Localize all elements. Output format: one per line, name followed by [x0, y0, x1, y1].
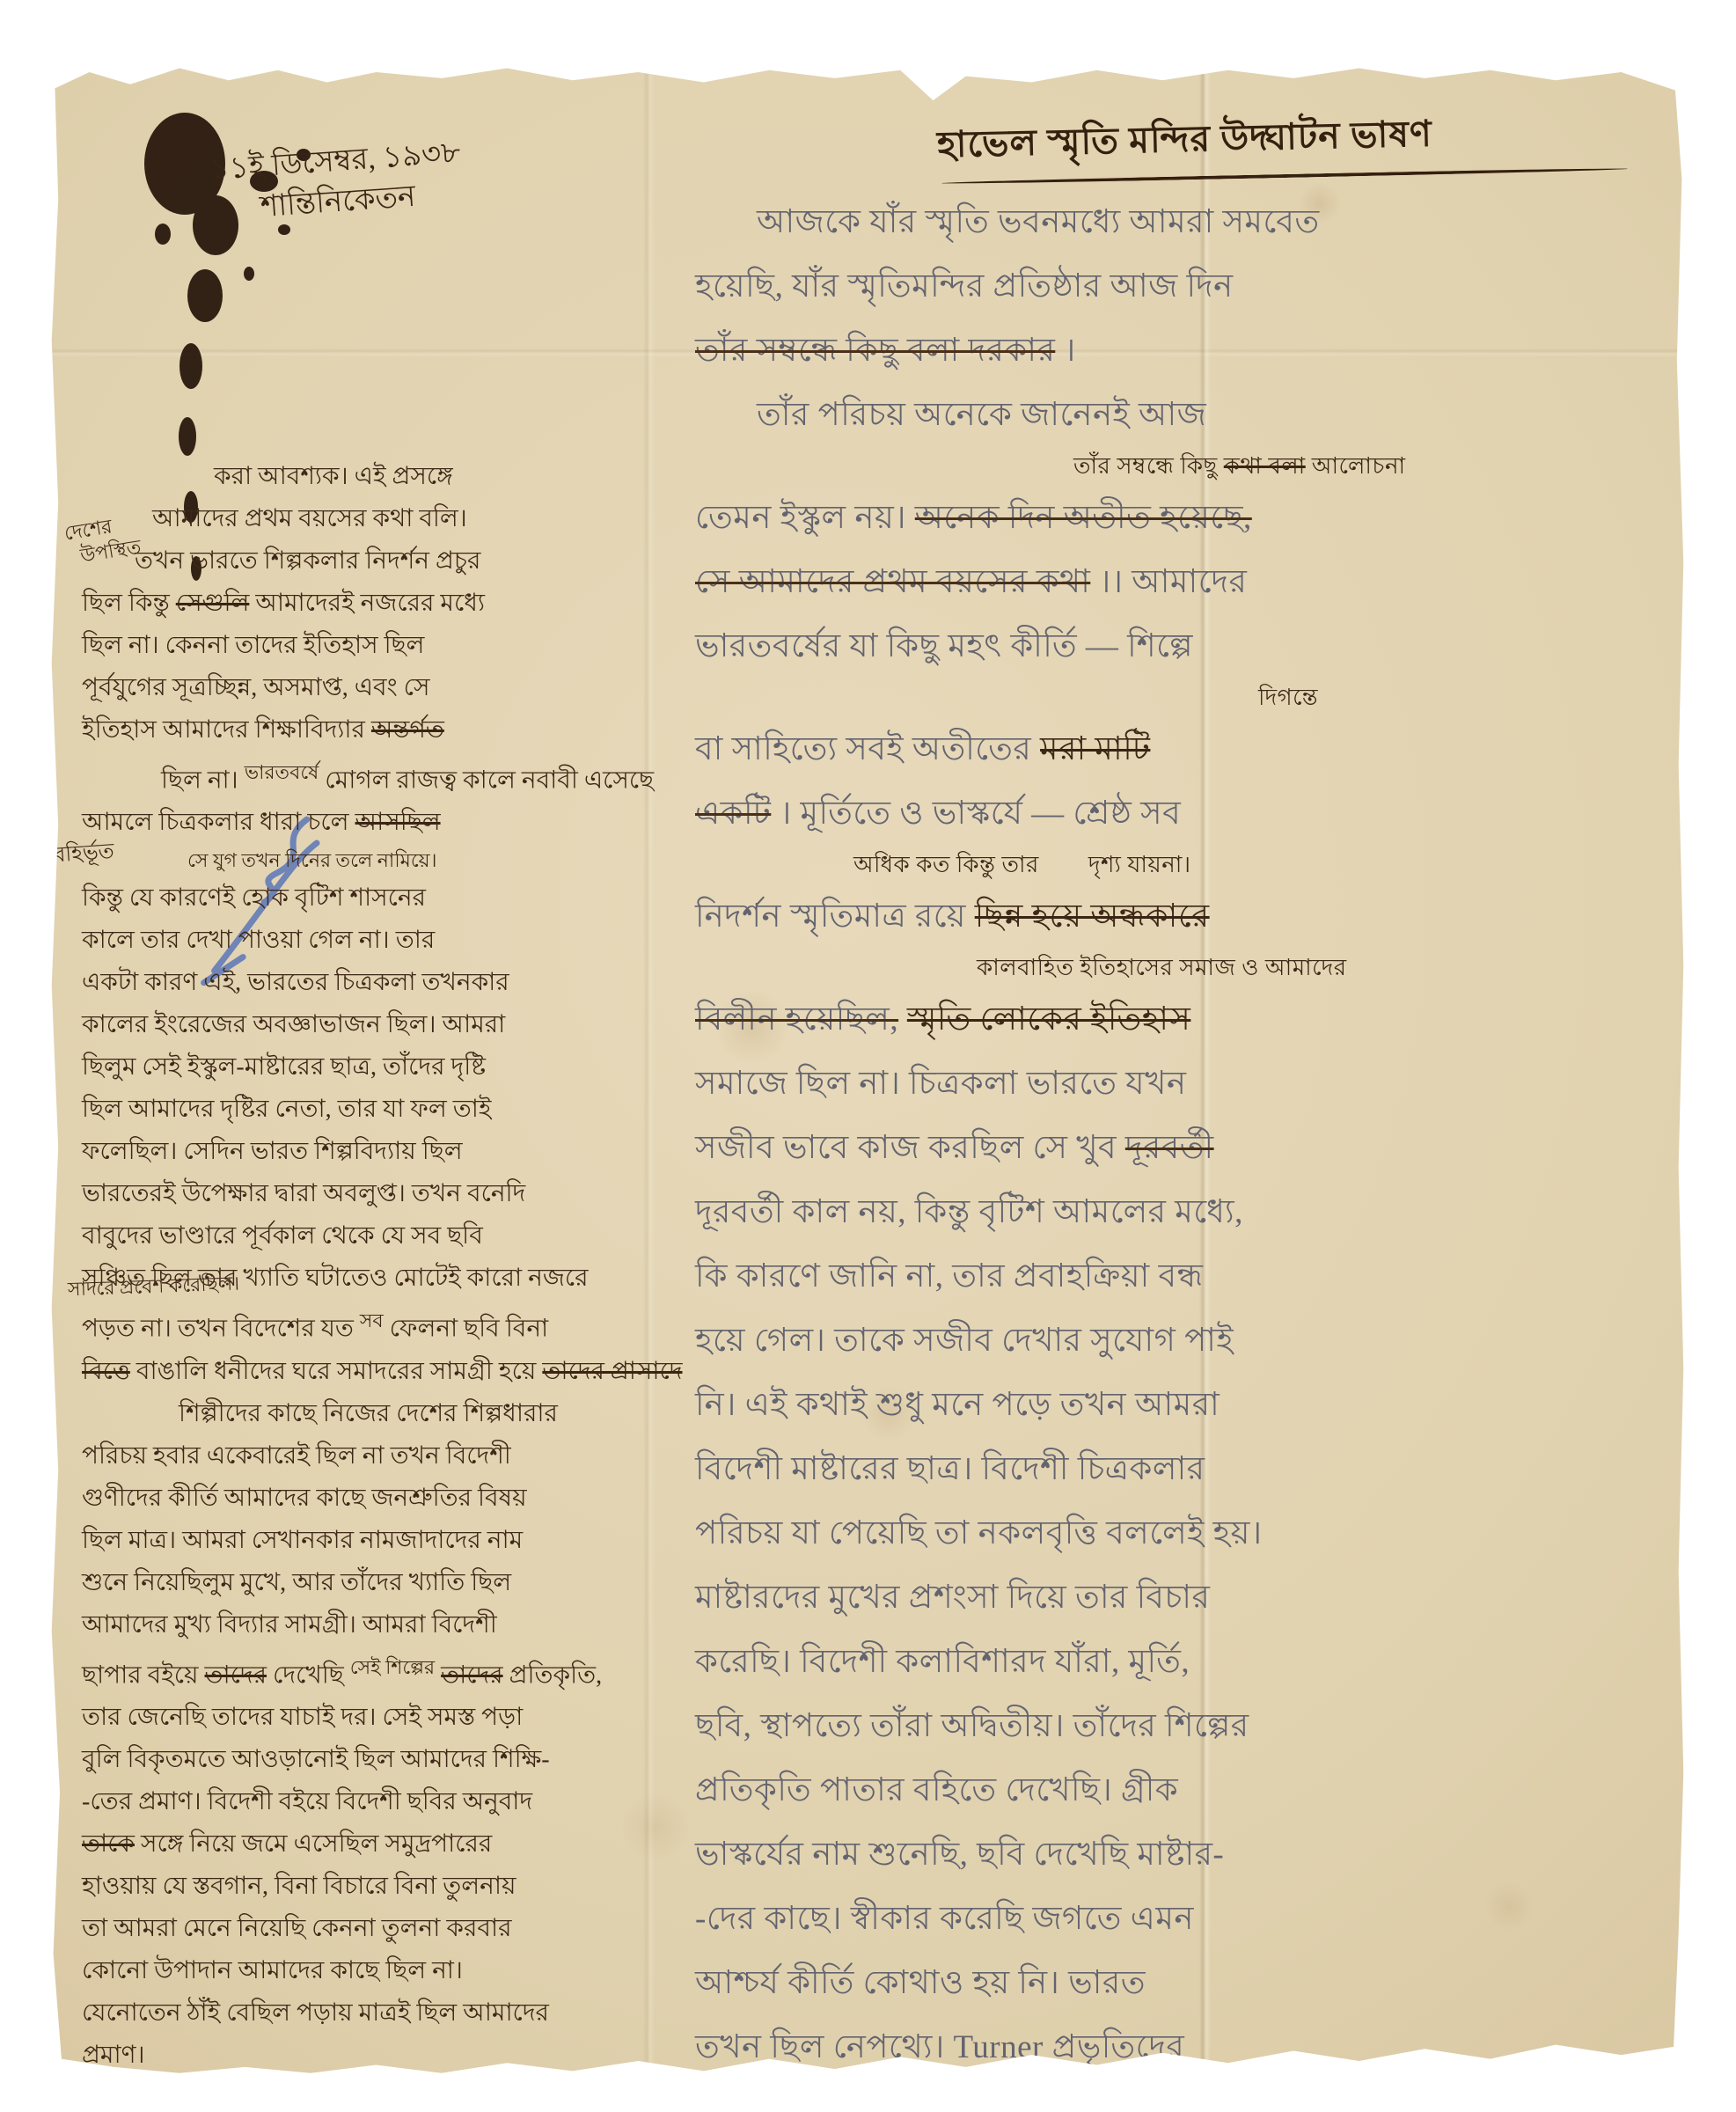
handwritten-text: নি। এই কথাই শুধু মনে পড়ে তখন আমরা: [695, 1387, 1220, 1423]
handwritten-text: শুনে নিয়েছিলুম মুখে, আর তাঁদের খ্যাতি ছ…: [82, 1569, 511, 1596]
handwritten-text: [1045, 852, 1082, 877]
manuscript-line: বিলীন হয়েছিল, স্মৃতি লোকের ইতিহাস: [695, 987, 1707, 1052]
handwritten-text: গুণীদের কীর্তি আমাদের কাছে জনশ্রুতির বিষ…: [82, 1485, 527, 1512]
manuscript-line: মাষ্টারদের মুখের প্রশংসা দিয়ে তার বিচার: [695, 1566, 1707, 1630]
handwritten-text: শিল্পীদের কাছে নিজের দেশের শিল্পধারার: [179, 1400, 558, 1427]
manuscript-line: বাবুদের ভাণ্ডারে পূর্বকাল থেকে যে সব ছবি: [82, 1215, 698, 1258]
handwritten-text: ছিল আমাদের দৃষ্টির নেতা, তার যা ফল তাই: [82, 1096, 491, 1123]
manuscript-line: যেনোতেন ঠাঁই বেছিল পড়ায় মাত্রই ছিল আমা…: [82, 1992, 698, 2035]
handwritten-text: হয়েছি, যাঁর স্মৃতিমন্দির প্রতিষ্ঠার আজ …: [695, 268, 1234, 304]
handwritten-text: কি কারণে জানি না, তার প্রবাহক্রিয়া বন্ধ: [695, 1258, 1203, 1294]
manuscript-line: প্রমাণ।: [82, 2035, 698, 2077]
manuscript-line: করা আবশ্যক। এই প্রসঙ্গে: [82, 456, 698, 498]
handwritten-text: হাওয়ায় যে স্তবগান, বিনা বিচারে বিনা তু…: [82, 1873, 516, 1900]
handwritten-text: প্রতিকৃতি,: [509, 1661, 603, 1689]
manuscript-line: তাঁর পরিচয় অনেকে জানেনই আজ: [695, 383, 1707, 447]
manuscript-line: শিল্পীদের কাছে নিজের দেশের শিল্পধারার: [82, 1393, 698, 1435]
manuscript-line: হাওয়ায় যে স্তবগান, বিনা বিচারে বিনা তু…: [82, 1866, 698, 1908]
handwritten-text: পরিচয় যা পেয়েছি তা নকলবৃত্তি বললেই হয়…: [695, 1515, 1263, 1551]
handwritten-text: তা আমরা মেনে নিয়েছি কেননা তুলনা করবার: [82, 1915, 511, 1942]
handwritten-text: ছাপার বইয়ে: [82, 1661, 199, 1689]
handwritten-text: আমাদের মুখ্য বিদ্যার সামগ্রী। আমরা বিদেশ…: [82, 1611, 497, 1639]
struck-text: তাঁর সম্বন্ধে কিছু বলা দরকার: [695, 333, 1055, 369]
struck-text: সে আমাদের প্রথম বয়সের কথা: [695, 564, 1090, 600]
manuscript-line: একটা কারণ এই, ভারতের চিত্রকলা তখনকার: [82, 962, 698, 1004]
struck-text: কথা বলা: [1224, 453, 1306, 479]
manuscript-line: কোনো উপাদান আমাদের কাছে ছিল না।: [82, 1950, 698, 1992]
manuscript-line: আমাদের প্রথম বয়সের কথা বলি।: [82, 498, 698, 540]
handwritten-text: হয়ে গেল। তাকে সজীব দেখার সুযোগ পাই: [695, 1323, 1234, 1359]
manuscript-line: বিদেশী মাষ্টারের ছাত্র। বিদেশী চিত্রকলার: [695, 1437, 1707, 1501]
handwritten-text: ছিল কিন্তু: [82, 590, 170, 617]
manuscript-line: তেমন ইস্কুল নয়। অনেক দিন অতীত হয়েছে,: [695, 486, 1707, 550]
handwritten-text: দেখেছি: [273, 1661, 344, 1689]
manuscript-line: প্রতিকৃতি পাতার বহিতে দেখেছি। গ্রীক: [695, 1758, 1707, 1822]
manuscript-line: তার জেনেছি তাদের যাচাই দর। সেই সমস্ত পড়…: [82, 1697, 698, 1739]
handwritten-text: তখন ছিল নেপথ্যে। Turner প্রভৃতিদের: [695, 2029, 1184, 2065]
manuscript-line: বুলি বিকৃতমতে আওড়ানোই ছিল আমাদের শিক্ষি…: [82, 1739, 698, 1781]
handwritten-text: দৃশ্য যায়না।: [1088, 852, 1191, 877]
struck-text: ছিন্ন হয়ে অন্ধকারে: [975, 898, 1210, 935]
handwritten-text: ।: [1064, 333, 1076, 369]
handwritten-text: ইতিহাস আমাদের শিক্ষাবিদ্যার: [82, 716, 365, 744]
handwritten-text: পড়ত না। তখন বিদেশের যত: [82, 1316, 354, 1343]
handwritten-text: ভারতেরই উপেক্ষার দ্বারা অবলুপ্ত। তখন বনে…: [82, 1180, 525, 1207]
struck-text: একটি: [695, 796, 771, 832]
manuscript-line: হয়ে গেল। তাকে সজীব দেখার সুযোগ পাই: [695, 1309, 1707, 1373]
manuscript-line: ছবি, স্থাপত্যে তাঁরা অদ্বিতীয়। তাঁদের শ…: [695, 1694, 1707, 1758]
manuscript-line: আজকে যাঁর স্মৃতি ভবনমধ্যে আমরা সমবেত: [695, 190, 1707, 254]
handwritten-text: ছিলুম সেই ইস্কুল-মাষ্টারের ছাত্র, তাঁদের…: [82, 1053, 486, 1081]
manuscript-line: তাঁর সম্বন্ধে কিছু কথা বলা আলোচনা: [695, 447, 1707, 486]
manuscript-line: তাকে সঙ্গে নিয়ে জমে এসেছিল সমুদ্রপারের: [82, 1823, 698, 1866]
manuscript-line: তাঁর সম্বন্ধে কিছু বলা দরকার ।: [695, 319, 1707, 383]
handwritten-text: দিগন্তে: [1258, 685, 1318, 710]
manuscript-line: দিগন্তে: [695, 678, 1707, 717]
manuscript-line: আমলে চিত্রকলার ধারা চলে আসছিল: [82, 802, 698, 844]
handwritten-text: আলোচনা: [1312, 453, 1406, 479]
struck-text: মরা মাটি: [1040, 731, 1150, 767]
manuscript-line: কালের ইংরেজের অবজ্ঞাভাজন ছিল। আমরা: [82, 1004, 698, 1046]
handwritten-text: ভারতবর্ষের যা কিছু মহৎ কীর্তি — শিল্পে: [695, 628, 1193, 664]
handwritten-text: ছবি, স্থাপত্যে তাঁরা অদ্বিতীয়। তাঁদের শ…: [695, 1708, 1249, 1744]
manuscript-line: -তের প্রমাণ। বিদেশী বইয়ে বিদেশী ছবির অন…: [82, 1781, 698, 1823]
manuscript-line: সমাজে ছিল না। চিত্রকলা ভারতে যখন: [695, 1052, 1707, 1116]
manuscript-line: সঞ্চিত ছিল তার খ্যাতি ঘটাতেও মোটেই কারো …: [82, 1258, 698, 1300]
handwritten-text: অধিক কত কিন্তু তার: [853, 852, 1039, 877]
struck-text: তাদের: [441, 1661, 503, 1689]
handwritten-text: পরিচয় হবার একেবারেই ছিল না তখন বিদেশী: [82, 1442, 511, 1470]
handwritten-text: সমাজে ছিল না। চিত্রকলা ভারতে যখন: [695, 1066, 1186, 1102]
handwritten-text: করেছি। বিদেশী কলাবিশারদ যাঁরা, মূর্তি,: [695, 1644, 1190, 1680]
handwritten-text: সঙ্গে নিয়ে জমে এসেছিল সমুদ্রপারের: [141, 1830, 492, 1858]
handwritten-text: বাবুদের ভাণ্ডারে পূর্বকাল থেকে যে সব ছবি: [82, 1222, 483, 1250]
handwritten-text: আজকে যাঁর স্মৃতি ভবনমধ্যে আমরা সমবেত: [757, 204, 1320, 240]
handwritten-text: । মূর্তিতে ও ভাস্কর্যে — শ্রেষ্ঠ সব: [780, 796, 1181, 832]
struck-text: অন্তর্গত: [371, 716, 444, 744]
handwritten-text: তখন ভারতে শিল্পকলার নিদর্শন প্রচুর: [135, 547, 480, 575]
struck-text: তাকে: [82, 1830, 135, 1858]
handwritten-text: সে যুগ তখন দিনের তলে নামিয়ে।: [187, 849, 437, 871]
handwritten-text: বিদেশী মাষ্টারের ছাত্র। বিদেশী চিত্রকলার: [695, 1451, 1205, 1487]
manuscript-line: ভারতবর্ষের যা কিছু মহৎ কীর্তি — শিল্পে: [695, 614, 1707, 678]
handwritten-text: মোগল রাজত্ব কালে নবাবী এসেছে: [325, 766, 654, 794]
handwritten-text: বাঙালি ধনীদের ঘরে সমাদরের সামগ্রী হয়ে: [136, 1358, 537, 1385]
struck-text: অনেক দিন অতীত হয়েছে,: [915, 500, 1252, 536]
manuscript-line: আশ্চর্য কীর্তি কোথাও হয় নি। ভারত: [695, 1951, 1707, 2015]
manuscript-line: কালবাহিত ইতিহাসের সমাজ ও আমাদের: [695, 949, 1707, 987]
handwritten-text: তাঁর সম্বন্ধে কিছু: [1073, 453, 1218, 479]
handwritten-text: সজীব ভাবে কাজ করছিল সে খুব: [695, 1130, 1117, 1166]
manuscript-line: তখন ভারতে শিল্পকলার নিদর্শন প্রচুর: [82, 540, 698, 583]
struck-text: তাদের প্রাসাদে: [542, 1358, 682, 1385]
struck-text: স্মৃতি লোকের ইতিহাস: [907, 1001, 1191, 1038]
manuscript-line: কালে তার দেখা পাওয়া গেল না। তার: [82, 920, 698, 962]
manuscript-line: অধিক কত কিন্তু তার দৃশ্য যায়না।: [695, 846, 1707, 884]
handwritten-text: ছিল না। কেননা তাদের ইতিহাস ছিল: [82, 632, 424, 659]
handwritten-text: একটা কারণ এই, ভারতের চিত্রকলা তখনকার: [82, 969, 509, 996]
handwritten-text: আমাদেরই নজরের মধ্যে: [255, 590, 485, 617]
handwritten-text: কিন্তু যে কারণেই হোক বৃটিশ শাসনের: [82, 884, 426, 912]
handwritten-text: ।। আমাদের: [1099, 564, 1247, 600]
manuscript-line: ফলেছিল। সেদিন ভারত শিল্পবিদ্যায় ছিল: [82, 1131, 698, 1173]
manuscript-line: বিত্তে বাঙালি ধনীদের ঘরে সমাদরের সামগ্রী…: [82, 1351, 698, 1393]
handwritten-text: বুলি বিকৃতমতে আওড়ানোই ছিল আমাদের শিক্ষি…: [82, 1746, 550, 1773]
handwritten-text: কালে তার দেখা পাওয়া গেল না। তার: [82, 927, 435, 954]
handwritten-text: তেমন ইস্কুল নয়।: [695, 500, 906, 536]
handwritten-text: প্রমাণ।: [82, 2042, 145, 2069]
manuscript-line: নি। এই কথাই শুধু মনে পড়ে তখন আমরা: [695, 1373, 1707, 1437]
manuscript-line: নিদর্শন স্মৃতিমাত্র রয়ে ছিন্ন হয়ে অন্ধ…: [695, 884, 1707, 949]
manuscript-line: পরিচয় হবার একেবারেই ছিল না তখন বিদেশী: [82, 1435, 698, 1478]
handwritten-text: কোনো উপাদান আমাদের কাছে ছিল না।: [82, 1957, 463, 1984]
handwritten-text: বা সাহিত্যে সবই অতীতের: [695, 731, 1031, 767]
manuscript-line: ভারতেরই উপেক্ষার দ্বারা অবলুপ্ত। তখন বনে…: [82, 1173, 698, 1215]
handwritten-text: আমলে চিত্রকলার ধারা চলে: [82, 809, 349, 836]
handwritten-text: ভারতবর্ষে: [245, 761, 319, 783]
handwritten-text: যেনোতেন ঠাঁই বেছিল পড়ায় মাত্রই ছিল আমা…: [82, 1999, 549, 2027]
manuscript-line: একটি । মূর্তিতে ও ভাস্কর্যে — শ্রেষ্ঠ সব: [695, 781, 1707, 846]
handwritten-text: সঞ্চিত ছিল তার খ্যাতি ঘটাতেও মোটেই কারো …: [82, 1265, 589, 1292]
date-block: ১১ই ডিসেম্বর, ১৯৩৮ শান্তিনিকেতন: [209, 133, 465, 231]
manuscript-line: ছিল মাত্র। আমরা সেখানকার নামজাদাদের নাম: [82, 1520, 698, 1562]
manuscript-line: ছাপার বইয়ে তাদের দেখেছি সেই শিল্পের তাদ…: [82, 1646, 698, 1697]
struck-text: বিত্তে: [82, 1358, 130, 1385]
handwritten-text: করা আবশ্যক। এই প্রসঙ্গে: [214, 463, 453, 490]
manuscript-paper: ১১ই ডিসেম্বর, ১৯৩৮ শান্তিনিকেতন হাভেল স্…: [48, 58, 1687, 2075]
manuscript-line: হয়েছি, যাঁর স্মৃতিমন্দির প্রতিষ্ঠার আজ …: [695, 254, 1707, 319]
struck-text: বিলীন হয়েছিল,: [695, 1001, 898, 1038]
manuscript-line: সজীব ভাবে কাজ করছিল সে খুব দূরবর্তী: [695, 1116, 1707, 1180]
manuscript-line: শুনে নিয়েছিলুম মুখে, আর তাঁদের খ্যাতি ছ…: [82, 1562, 698, 1604]
struck-text: আসছিল: [355, 809, 441, 836]
handwritten-text: ছিল মাত্র। আমরা সেখানকার নামজাদাদের নাম: [82, 1527, 523, 1554]
left-column-lines: করা আবশ্যক। এই প্রসঙ্গে আমাদের প্রথম বয়…: [82, 456, 698, 2077]
manuscript-line: -দের কাছে। স্বীকার করেছি জগতে এমন: [695, 1887, 1707, 1951]
handwritten-text: কালবাহিত ইতিহাসের সমাজ ও আমাদের: [977, 955, 1347, 980]
manuscript-line: পূর্বযুগের সূত্রচ্ছিন্ন, অসমাপ্ত, এবং সে: [82, 667, 698, 709]
handwritten-text: -তের প্রমাণ। বিদেশী বইয়ে বিদেশী ছবির অন…: [82, 1788, 532, 1815]
handwritten-text: কালের ইংরেজের অবজ্ঞাভাজন ছিল। আমরা: [82, 1011, 505, 1038]
handwritten-text: আশ্চর্য কীর্তি কোথাও হয় নি। ভারত: [695, 1965, 1146, 2001]
manuscript-line: বা সাহিত্যে সবই অতীতের মরা মাটি: [695, 717, 1707, 781]
handwritten-text: মাষ্টারদের মুখের প্রশংসা দিয়ে তার বিচার: [695, 1580, 1210, 1616]
photo-background: ১১ই ডিসেম্বর, ১৯৩৮ শান্তিনিকেতন হাভেল স্…: [0, 0, 1736, 2112]
manuscript-line: আমাদের মুখ্য বিদ্যার সামগ্রী। আমরা বিদেশ…: [82, 1604, 698, 1646]
manuscript-line: ভাস্কর্যের নাম শুনেছি, ছবি দেখেছি মাষ্টা…: [695, 1822, 1707, 1887]
manuscript-line: তা আমরা মেনে নিয়েছি কেননা তুলনা করবার: [82, 1908, 698, 1950]
manuscript-line: ছিল না। ভারতবর্ষে মোগল রাজত্ব কালে নবাবী…: [82, 752, 698, 802]
manuscript-line: সে আমাদের প্রথম বয়সের কথা ।। আমাদের: [695, 550, 1707, 614]
handwritten-text: তাঁর পরিচয় অনেকে জানেনই আজ: [757, 397, 1206, 433]
handwritten-text: পূর্বযুগের সূত্রচ্ছিন্ন, অসমাপ্ত, এবং সে: [82, 674, 430, 701]
manuscript-line: ইতিহাস আমাদের শিক্ষাবিদ্যার অন্তর্গত: [82, 709, 698, 752]
handwritten-text: ভাস্কর্যের নাম শুনেছি, ছবি দেখেছি মাষ্টা…: [695, 1837, 1224, 1873]
manuscript-line: পরিচয় যা পেয়েছি তা নকলবৃত্তি বললেই হয়…: [695, 1501, 1707, 1566]
handwritten-text: সব: [360, 1309, 384, 1331]
manuscript-line: ছিলুম সেই ইস্কুল-মাষ্টারের ছাত্র, তাঁদের…: [82, 1046, 698, 1089]
struck-text: তাদের: [205, 1661, 267, 1689]
manuscript-line: ছিল না। কেননা তাদের ইতিহাস ছিল: [82, 625, 698, 667]
handwritten-text: আমাদের প্রথম বয়সের কথা বলি।: [152, 505, 467, 532]
manuscript-line: দূরবর্তী কাল নয়, কিন্তু বৃটিশ আমলের মধ্…: [695, 1180, 1707, 1244]
handwritten-text: তার জেনেছি তাদের যাচাই দর। সেই সমস্ত পড়…: [82, 1704, 523, 1731]
handwritten-text: -দের কাছে। স্বীকার করেছি জগতে এমন: [695, 1901, 1194, 1937]
page-title: হাভেল স্মৃতি মন্দির উদ্ঘাটন ভাষণ: [936, 101, 1667, 179]
handwritten-text: ফেলনা ছবি বিনা: [390, 1316, 549, 1343]
manuscript-line: ছিল আমাদের দৃষ্টির নেতা, তার যা ফল তাই: [82, 1089, 698, 1131]
manuscript-line: তখন ছিল নেপথ্যে। Turner প্রভৃতিদের: [695, 2015, 1707, 2079]
handwritten-text: ছিল না।: [161, 766, 238, 794]
handwritten-text: সেই শিল্পের: [350, 1656, 435, 1678]
handwritten-text: দূরবর্তী কাল নয়, কিন্তু বৃটিশ আমলের মধ্…: [695, 1194, 1243, 1230]
manuscript-line: গুণীদের কীর্তি আমাদের কাছে জনশ্রুতির বিষ…: [82, 1478, 698, 1520]
handwritten-text: নিদর্শন স্মৃতিমাত্র রয়ে: [695, 898, 966, 935]
manuscript-line: সে যুগ তখন দিনের তলে নামিয়ে।: [82, 844, 698, 877]
struck-text: দূরবর্তী: [1125, 1130, 1214, 1166]
manuscript-line: ছিল কিন্তু সেগুলি আমাদেরই নজরের মধ্যে: [82, 583, 698, 625]
struck-text: সেগুলি: [176, 590, 250, 617]
handwritten-text: প্রতিকৃতি পাতার বহিতে দেখেছি। গ্রীক: [695, 1772, 1178, 1808]
right-column-lines: আজকে যাঁর স্মৃতি ভবনমধ্যে আমরা সমবেত হয়…: [695, 190, 1707, 2079]
manuscript-line: কি কারণে জানি না, তার প্রবাহক্রিয়া বন্ধ: [695, 1244, 1707, 1309]
handwritten-text: ফলেছিল। সেদিন ভারত শিল্পবিদ্যায় ছিল: [82, 1138, 463, 1165]
manuscript-line: করেছি। বিদেশী কলাবিশারদ যাঁরা, মূর্তি,: [695, 1630, 1707, 1694]
manuscript-line: কিন্তু যে কারণেই হোক বৃটিশ শাসনের: [82, 877, 698, 920]
manuscript-line: পড়ত না। তখন বিদেশের যত সব ফেলনা ছবি বিন…: [82, 1300, 698, 1350]
